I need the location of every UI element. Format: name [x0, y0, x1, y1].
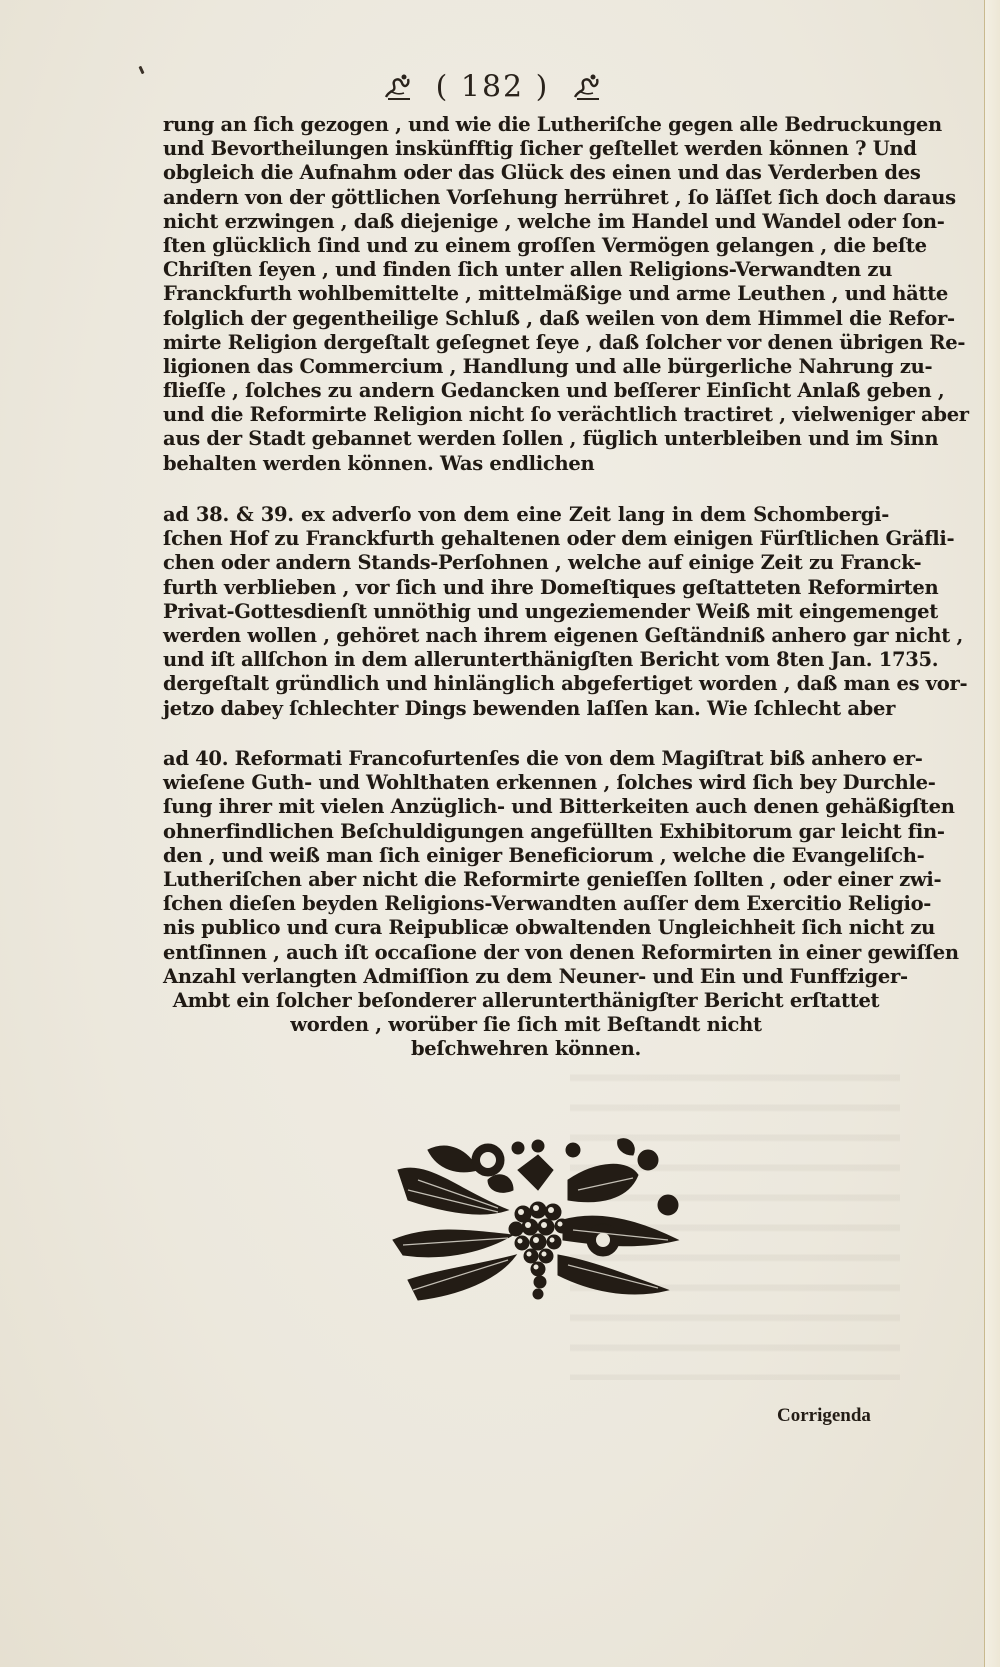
page-number: ( 182 ): [436, 70, 550, 105]
fleuron-right-icon: [571, 71, 603, 103]
text-line: worden , worüber ſie ſich mit Beſtandt n…: [163, 1013, 889, 1037]
text-line: ad 40. Reformati Francofurtenſes die von…: [163, 747, 889, 771]
text-line: Franckfurth wohlbemittelte , mittelmäßig…: [163, 282, 889, 306]
text-line: nicht erzwingen , daß diejenige , welche…: [163, 210, 889, 234]
text-line: Privat-Gottesdienſt unnöthig und ungezie…: [163, 600, 889, 624]
catchword: Corrigenda: [777, 1405, 871, 1427]
paragraph-continuation: rung an ſich gezogen , und wie die Luthe…: [163, 113, 889, 476]
text-line: und iſt allſchon in dem allerunterthänig…: [163, 648, 889, 672]
paragraph-ad-38-39: ad 38. & 39. ex adverſo von dem eine Zei…: [163, 503, 889, 721]
text-line: behalten werden können. Was endlichen: [163, 452, 889, 476]
paragraph-ad-40: ad 40. Reformati Francofurtenſes die von…: [163, 747, 889, 1061]
fruit-woodcut-ornament-icon: [388, 1130, 688, 1310]
text-line: ſten glücklich ſind und zu einem groſſen…: [163, 234, 889, 258]
text-line: ſchen Hof zu Franckfurth gehaltenen oder…: [163, 527, 889, 551]
text-line: aus der Stadt gebannet werden ſollen , f…: [163, 427, 889, 451]
text-line: dergeſtalt gründlich und hinlänglich abg…: [163, 672, 889, 696]
text-line: den , und weiß man ſich einiger Benefici…: [163, 844, 889, 868]
text-line: beſchwehren können.: [163, 1037, 889, 1061]
text-line: ſung ihrer mit vielen Anzüglich- und Bit…: [163, 795, 889, 819]
text-line: Anzahl verlangten Admiſſion zu dem Neune…: [163, 965, 889, 989]
text-line: und die Reformirte Religion nicht ſo ver…: [163, 403, 889, 427]
fleuron-left-icon: [382, 71, 414, 103]
adjacent-page-edge: [984, 0, 1000, 1667]
text-line: rung an ſich gezogen , und wie die Luthe…: [163, 113, 889, 137]
text-line: furth verblieben , vor ſich und ihre Dom…: [163, 576, 889, 600]
text-line: ohnerfindlichen Beſchuldigungen angefüll…: [163, 820, 889, 844]
text-line: entſinnen , auch iſt occaſione der von d…: [163, 941, 889, 965]
text-line: ligionen das Commercium , Handlung und a…: [163, 355, 889, 379]
text-line: Ambt ein ſolcher beſonderer allerunterth…: [163, 989, 889, 1013]
text-line: andern von der göttlichen Vorſehung herr…: [163, 186, 889, 210]
text-line: obgleich die Aufnahm oder das Glück des …: [163, 161, 889, 185]
text-line: chen oder andern Stands-Perſohnen , welc…: [163, 551, 889, 575]
text-line: werden wollen , gehöret nach ihrem eigen…: [163, 624, 889, 648]
text-line: folglich der gegentheilige Schluß , daß …: [163, 307, 889, 331]
text-line: jetzo dabey ſchlechter Dings bewenden la…: [163, 697, 889, 721]
text-line: und Bevortheilungen inskünfftig ſicher g…: [163, 137, 889, 161]
text-line: Chriſten ſeyen , und finden ſich unter a…: [163, 258, 889, 282]
text-line: wieſene Guth- und Wohlthaten erkennen , …: [163, 771, 889, 795]
text-line: flieſſe , ſolches zu andern Gedancken un…: [163, 379, 889, 403]
text-line: nis publico und cura Reipublicæ obwalten…: [163, 916, 889, 940]
text-line: ad 38. & 39. ex adverſo von dem eine Zei…: [163, 503, 889, 527]
text-line: ſchen dieſen beyden Religions-Verwandten…: [163, 892, 889, 916]
text-line: mirte Religion dergeſtalt geſegnet ſeye …: [163, 331, 889, 355]
text-line: Lutheriſchen aber nicht die Reformirte g…: [163, 868, 889, 892]
page-header: ( 182 ): [0, 68, 985, 105]
